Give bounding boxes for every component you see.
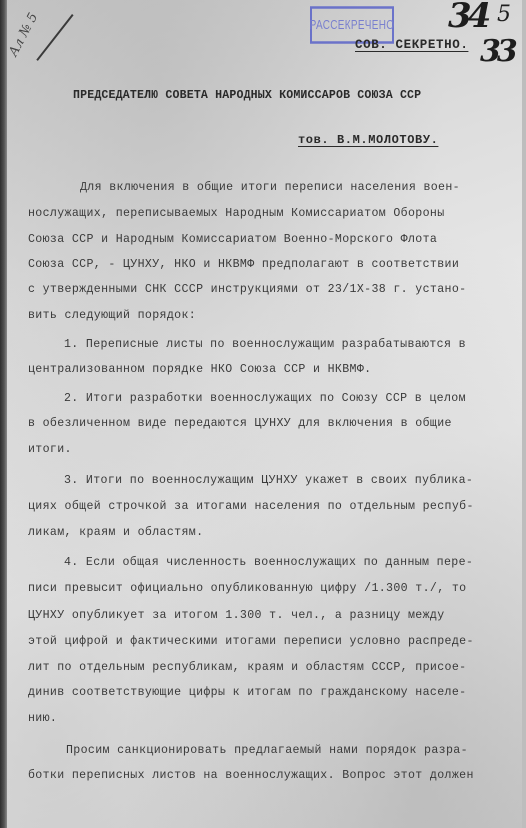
list-item-1-line: централизованном порядке НКО Союза ССР и… <box>28 363 371 376</box>
scanned-document-page: Ал № 5 РАССЕКРЕЧЕНО 34 5 33 СОВ. СЕКРЕТН… <box>0 0 526 828</box>
list-item-4-line: ЦУНХУ опубликует за итогом 1.300 т. чел.… <box>28 609 445 622</box>
closing-line: ботки переписных листов на военнослужащи… <box>28 769 474 782</box>
handwritten-page-number-bottom: 33 <box>480 34 514 69</box>
list-item-4-line: 4. Если общая численность военнослужащих… <box>64 556 473 569</box>
handwritten-page-number-top: 34 <box>448 0 487 36</box>
page-binding-edge <box>0 0 7 828</box>
addressee-name: тов. В.М.МОЛОТОВУ. <box>298 133 438 147</box>
list-item-1-line: 1. Переписные листы по военнослужащим ра… <box>64 338 466 351</box>
list-item-4-line: этой цифрой и фактическими итогами переп… <box>28 635 474 648</box>
list-item-2-line: в обезличенном виде передаются ЦУНХУ для… <box>28 417 452 430</box>
classification-label: СОВ. СЕКРЕТНО. <box>355 38 468 52</box>
body-line: с утвержденными СНК СССР инструкциями от… <box>28 283 466 296</box>
list-item-4-line: нию. <box>28 712 57 725</box>
body-line: вить следующий порядок: <box>28 309 196 322</box>
page-right-edge <box>522 0 526 828</box>
body-line: Для включения в общие итоги переписи нас… <box>80 181 460 194</box>
list-item-4-line: писи превысит официально опубликованную … <box>28 582 466 595</box>
closing-line: Просим санкционировать предлагаемый нами… <box>66 744 468 757</box>
list-item-4-line: лит по отдельным республикам, краям и об… <box>28 661 466 674</box>
body-line: нослужащих, переписываемых Народным Коми… <box>28 207 445 220</box>
list-item-3-line: 3. Итоги по военнослужащим ЦУНХУ укажет … <box>64 474 473 487</box>
list-item-3-line: ликам, краям и областям. <box>28 526 203 539</box>
addressee-title: ПРЕДСЕДАТЕЛЮ СОВЕТА НАРОДНЫХ КОМИССАРОВ … <box>73 89 421 102</box>
body-line: Союза ССР и Народным Комиссариатом Военн… <box>28 233 437 246</box>
body-line: Союза ССР, - ЦУНХУ, НКО и НКВМФ предпола… <box>28 258 459 271</box>
handwritten-slash-mark <box>36 14 73 61</box>
list-item-2-line: итоги. <box>28 443 72 456</box>
handwritten-page-number-top-suffix: 5 <box>497 2 511 27</box>
list-item-3-line: циях общей строчкой за итогами населения… <box>28 500 474 513</box>
list-item-2-line: 2. Итоги разработки военнослужащих по Со… <box>64 392 466 405</box>
list-item-4-line: динив соответствующие цифры к итогам по … <box>28 686 466 699</box>
handwritten-margin-note: Ал № 5 <box>6 11 41 60</box>
